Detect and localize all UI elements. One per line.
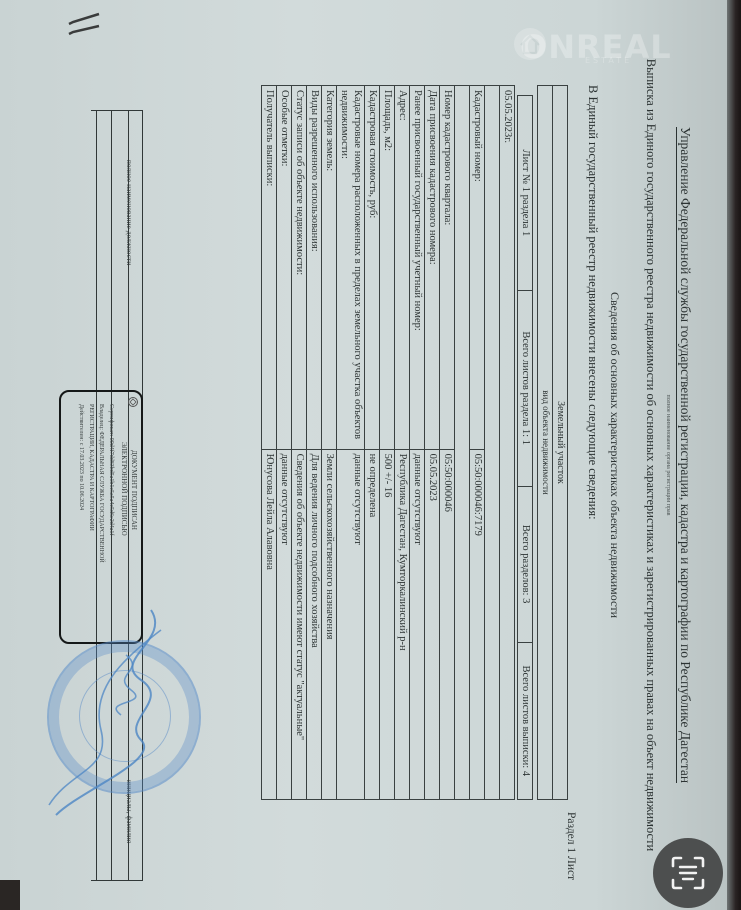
row-label: Кадастровая стоимость, руб: bbox=[365, 86, 380, 450]
cadastral-number-label: Кадастровый номер: bbox=[470, 86, 485, 450]
pen-marks bbox=[63, 8, 103, 68]
object-type-box: Земельный участок вид объекта недвижимос… bbox=[537, 85, 568, 800]
sheets-total: Всего листов выписки: 4 bbox=[518, 642, 533, 799]
row-value: Для ведения личного подсобного хозяйства bbox=[307, 449, 322, 799]
watermark-sub: ESTATE bbox=[585, 56, 632, 65]
sheets-in-section: Всего листов раздела 1: 1 bbox=[518, 290, 533, 486]
row-value: данные отсутствуют bbox=[410, 449, 425, 799]
row-value: Республика Дагестан, Кумторкалинский р-н bbox=[395, 449, 410, 799]
stamp-line-2: ЭЛЕКТРОННОЙ ПОДПИСЬЮ bbox=[120, 442, 128, 536]
extract-title: Выписка из Единого государственного реес… bbox=[643, 0, 658, 910]
sheet-info-row: Лист № 1 раздела 1 Всего листов раздела … bbox=[517, 95, 533, 800]
row-value: данные отсутствуют bbox=[337, 449, 365, 799]
row-label: Статус записи об объекте недвижимости: bbox=[292, 86, 307, 450]
scan-text-button[interactable] bbox=[653, 838, 723, 908]
cadastral-number-value: 05:50:000046:7179 bbox=[470, 449, 485, 799]
row-label: Дата присвоения кадастрового номера: bbox=[425, 86, 440, 450]
row-value: 05:50:000046 bbox=[440, 449, 455, 799]
row-value: не определена bbox=[365, 449, 380, 799]
position-caption: полное наименование должности bbox=[125, 160, 133, 265]
row-label: Площадь, м2: bbox=[380, 86, 395, 450]
section-label: Раздел 1 Лист bbox=[565, 812, 577, 880]
row-value: Земли сельскохозяйственного назначения bbox=[322, 449, 337, 799]
stamp-line-6: Действителен: с 17.03.2023 по 10.06.2024 bbox=[78, 404, 84, 510]
row-value: Юнусова Лейла Алавовна bbox=[262, 449, 277, 799]
authority-caption: полное наименование органа регистрации п… bbox=[665, 0, 671, 910]
row-value: 05.05.2023 bbox=[425, 449, 440, 799]
row-label: Особые отметки: bbox=[277, 86, 292, 450]
intro-text: В Единый государственный реестр недвижим… bbox=[585, 85, 600, 520]
authority-title: Управление Федеральной службы государств… bbox=[677, 0, 693, 910]
sections-total: Всего разделов: 3 bbox=[518, 486, 533, 642]
background-edge bbox=[727, 0, 741, 910]
row-label: Ранее присвоенный государственный учетны… bbox=[410, 86, 425, 450]
row-value: Сведения об объекте недвижимости имеют с… bbox=[292, 449, 307, 799]
object-type: Земельный участок bbox=[553, 86, 568, 800]
row-label: Виды разрешенного использования: bbox=[307, 86, 322, 450]
row-value: 500 +/- 16 bbox=[380, 449, 395, 799]
stamp-line-4: Владелец: ФЕДЕРАЛЬНАЯ СЛУЖБА ГОСУДАРСТВЕ… bbox=[98, 404, 104, 563]
row-label: Получатель выписки: bbox=[262, 86, 277, 450]
row-label: Номер кадастрового квартала: bbox=[440, 86, 455, 450]
stamp-line-5: РЕГИСТРАЦИИ, КАДАСТРА И КАРТОГРАФИИ bbox=[88, 404, 94, 531]
handwritten-signature bbox=[41, 600, 181, 820]
stamp-line-1: ДОКУМЕНТ ПОДПИСАН bbox=[130, 450, 138, 530]
sheet-number: Лист № 1 раздела 1 bbox=[518, 96, 533, 291]
emblem-icon bbox=[127, 396, 139, 408]
row-value: данные отсутствуют bbox=[277, 449, 292, 799]
egrn-extract-document: Управление Федеральной службы государств… bbox=[0, 0, 741, 910]
object-type-caption: вид объекта недвижимости bbox=[538, 86, 553, 800]
extract-date: 05.05.2023г. bbox=[500, 86, 515, 800]
photo-frame: Управление Федеральной службы государств… bbox=[0, 0, 741, 910]
row-label: Кадастровые номера расположенных в преде… bbox=[337, 86, 365, 450]
characteristics-table: 05.05.2023г. Кадастровый номер: 05:50:00… bbox=[261, 85, 515, 800]
row-label: Адрес: bbox=[395, 86, 410, 450]
info-title: Сведения об основных характеристиках объ… bbox=[607, 0, 622, 910]
scan-text-icon bbox=[670, 855, 706, 891]
background-corner bbox=[0, 880, 20, 910]
row-label: Категория земель: bbox=[322, 86, 337, 450]
stamp-line-3: Сертификат: 00d4f7dd83bd5a1b1e5a5a4e5d6e… bbox=[108, 404, 114, 535]
